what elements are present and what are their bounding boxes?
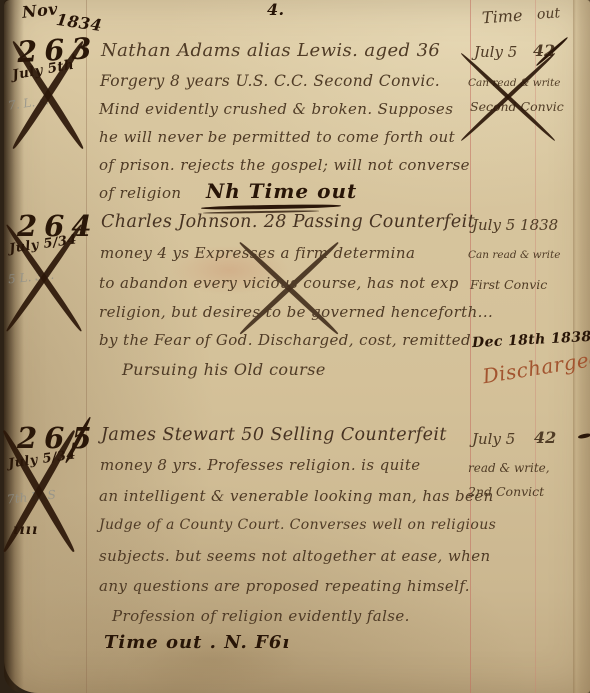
- timeout-conviction: First Convic: [470, 277, 547, 292]
- margin-rule-left: [86, 0, 87, 693]
- entry-text-line: to abandon every vicious course, has not…: [99, 274, 459, 292]
- timeout-literacy: read & write,: [468, 461, 550, 475]
- entry-text-line: Charles Johnson. 28 Passing Counterfeit: [101, 212, 475, 232]
- timeout-header-out: out: [536, 5, 560, 23]
- header-date-word: Nov: [21, 0, 59, 22]
- entry-text-line: Pursuing his Old course: [122, 360, 326, 379]
- cross-out-mark-margin: [6, 224, 82, 332]
- entry-text-line: by the Fear of God. Discharged, cost, re…: [99, 331, 471, 349]
- annotation-underline: [201, 204, 341, 210]
- entry-text-line: of prison. rejects the gospel; will not …: [99, 156, 470, 174]
- entry-text-line: any questions are proposed repeating him…: [99, 577, 470, 595]
- entry-text-line: money 4 ys Expresses a firm determina: [100, 244, 415, 262]
- timeout-year: 42: [534, 428, 556, 447]
- timeout-literacy: Can read & write: [468, 249, 560, 261]
- cross-out-mark-margin: [4, 430, 74, 552]
- timeout-header-time: Time: [481, 6, 523, 28]
- cross-out-mark-timeout: [460, 52, 556, 142]
- timeout-date: July 5 1838: [472, 216, 558, 234]
- entry-text-line: an intelligent & venerable looking man, …: [99, 487, 494, 505]
- entry-text-line: Mind evidently crushed & broken. Suppose…: [99, 100, 453, 118]
- page-number: 4.: [267, 0, 285, 19]
- entry-text-line: subjects. but seems not altogether at ea…: [99, 547, 491, 565]
- page-fore-edge: [573, 0, 590, 693]
- entry-text-line: religion, but desires to be governed hen…: [99, 303, 493, 321]
- entry-text-line: Nathan Adams alias Lewis. aged 36: [101, 40, 440, 61]
- ledger-page: Nov 1834 4. Time out 263 July 5th 7. L. …: [4, 0, 590, 693]
- entry-text-line: Judge of a County Court. Converses well …: [99, 517, 496, 533]
- timeout-date: July 5: [472, 430, 515, 448]
- cross-out-mark-margin: [12, 40, 84, 150]
- entry-text-line: James Stewart 50 Selling Counterfeit: [101, 425, 447, 445]
- timeout-conviction: 2nd Convict: [468, 484, 544, 499]
- entry-text-line: of religion: [99, 184, 181, 202]
- timeout-annotation: Nh Time out: [206, 179, 357, 203]
- entry-footer-note: Time out . N. F6ı: [104, 632, 290, 653]
- entry-text-line: money 8 yrs. Professes religion. is quit…: [100, 456, 421, 474]
- entry-text-line: Profession of religion evidently false.: [112, 607, 410, 625]
- entry-text-line: he will never be permitted to come forth…: [99, 128, 455, 146]
- entry-text-line: Forgery 8 years U.S. C.C. Second Convic.: [100, 72, 440, 90]
